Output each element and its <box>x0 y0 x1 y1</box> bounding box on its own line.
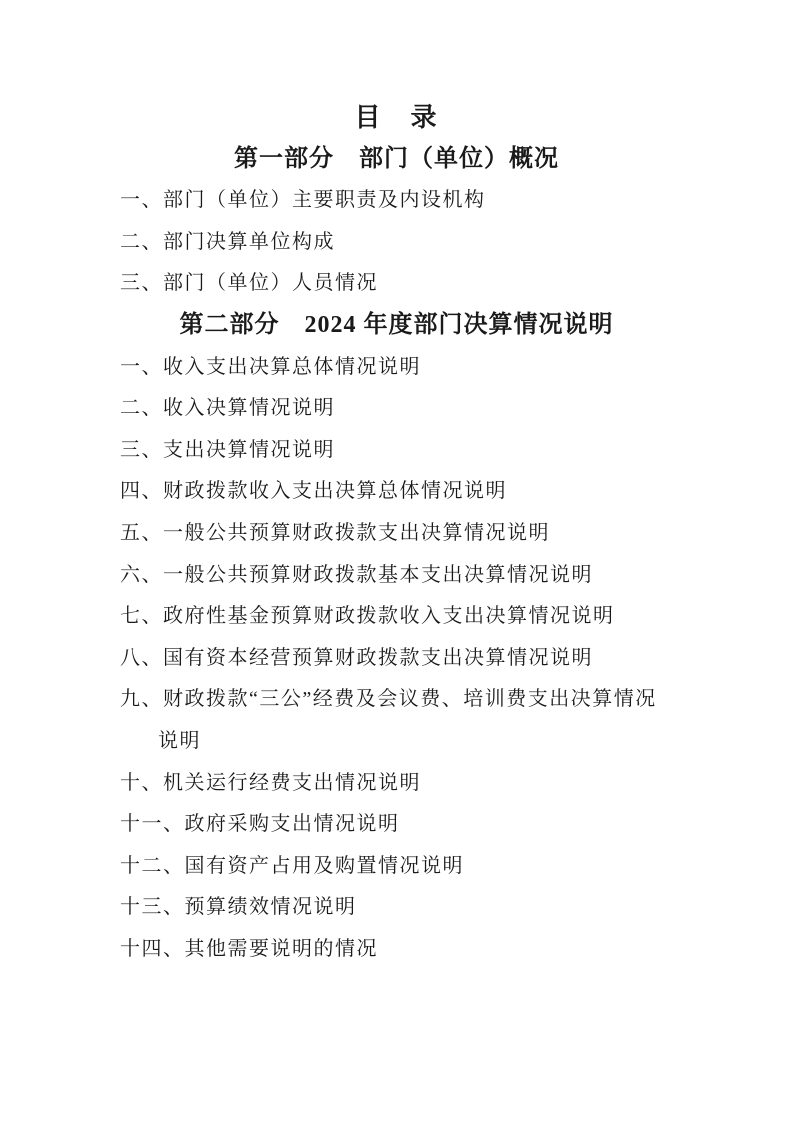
page-title: 目 录 <box>110 97 683 139</box>
toc-item-part2-5: 五、一般公共预算财政拨款支出决算情况说明 <box>120 513 683 555</box>
toc-item-part2-9: 九、财政拨款“三公”经费及会议费、培训费支出决算情况 <box>120 679 683 721</box>
toc-item-part2-10: 十、机关运行经费支出情况说明 <box>120 763 683 805</box>
toc-item-part2-13: 十三、预算绩效情况说明 <box>120 887 683 929</box>
toc-item-part1-2: 二、部门决算单位构成 <box>120 222 683 264</box>
toc-item-part2-11: 十一、政府采购支出情况说明 <box>120 804 683 846</box>
toc-item-part2-2: 二、收入决算情况说明 <box>120 388 683 430</box>
toc-item-part1-3: 三、部门（单位）人员情况 <box>120 263 683 305</box>
toc-item-part2-8: 八、国有资本经营预算财政拨款支出决算情况说明 <box>120 638 683 680</box>
toc-item-part1-1: 一、部门（单位）主要职责及内设机构 <box>120 180 683 222</box>
toc-item-part2-14: 十四、其他需要说明的情况 <box>120 929 683 971</box>
part2-heading: 第二部分 2024 年度部门决算情况说明 <box>110 305 683 347</box>
toc-item-part2-3: 三、支出决算情况说明 <box>120 430 683 472</box>
table-of-contents: 目 录 第一部分 部门（单位）概况 一、部门（单位）主要职责及内设机构 二、部门… <box>0 0 793 970</box>
toc-item-part2-9-continuation: 说明 <box>120 721 683 763</box>
toc-item-part2-7: 七、政府性基金预算财政拨款收入支出决算情况说明 <box>120 596 683 638</box>
toc-item-part2-4: 四、财政拨款收入支出决算总体情况说明 <box>120 471 683 513</box>
toc-item-part2-6: 六、一般公共预算财政拨款基本支出决算情况说明 <box>120 555 683 597</box>
part1-heading: 第一部分 部门（单位）概况 <box>110 139 683 181</box>
toc-item-part2-1: 一、收入支出决算总体情况说明 <box>120 347 683 389</box>
toc-item-part2-12: 十二、国有资产占用及购置情况说明 <box>120 846 683 888</box>
document-page: 目 录 第一部分 部门（单位）概况 一、部门（单位）主要职责及内设机构 二、部门… <box>0 0 793 1122</box>
